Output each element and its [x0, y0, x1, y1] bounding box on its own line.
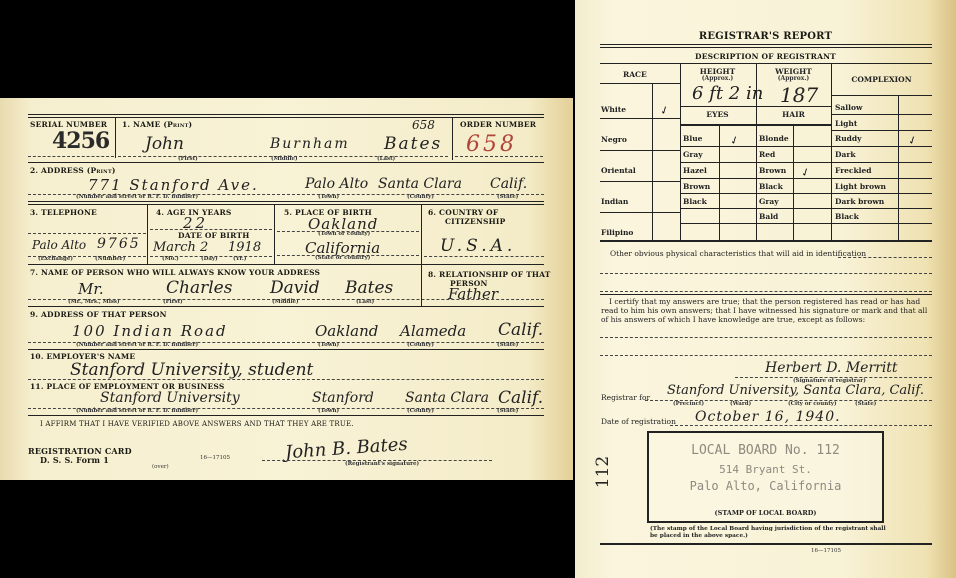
employment-town: Stanford — [312, 390, 374, 406]
sub-street: (Number and street or R. F. D. number) — [76, 194, 198, 200]
stamp-line-1: LOCAL BOARD No. 112 — [649, 443, 882, 458]
hair-blonde: Blonde — [759, 134, 789, 143]
citizenship-label-2: CITIZENSHIP — [445, 217, 505, 226]
sub-middle: (Middle) — [272, 299, 299, 305]
name-first: John — [145, 134, 184, 154]
dob-day: 2 — [200, 240, 208, 255]
address-street: 771 Stanford Ave. — [88, 176, 259, 194]
row-rule — [28, 306, 544, 307]
sub-state: (State) — [497, 194, 518, 200]
height-value: 6 ft 2 in — [692, 83, 763, 104]
divider — [600, 291, 932, 292]
sub-precinct: (Precinct) — [673, 401, 704, 407]
divider — [680, 208, 932, 209]
divider — [424, 256, 544, 257]
sub-exchange: (Exchange) — [38, 256, 73, 262]
eyes-brown: Brown — [683, 182, 710, 191]
complexion-dark-brown: Dark brown — [835, 197, 884, 206]
telephone-exchange: Palo Alto — [32, 238, 86, 252]
divider — [600, 337, 932, 338]
telephone-label: 3. TELEPHONE — [30, 208, 97, 217]
name-middle: Burnham — [270, 136, 350, 152]
divider — [600, 83, 680, 84]
row-rule — [28, 415, 544, 416]
table-bottom-rule — [600, 240, 932, 242]
divider — [452, 118, 453, 160]
weight-approx: (Approx.) — [756, 75, 831, 82]
registrant-signature: John B. Bates — [284, 434, 408, 464]
height-approx: (Approx.) — [680, 75, 755, 82]
divider — [150, 229, 272, 230]
complexion-light: Light — [835, 119, 857, 128]
complexion-light-brown: Light brown — [835, 182, 886, 191]
registrar-report-title: REGISTRAR'S REPORT — [575, 31, 956, 42]
sub-town: (Town) — [318, 342, 339, 348]
complexion-header: COMPLEXION — [831, 75, 932, 84]
registrar-for-label: Registrar for — [601, 393, 650, 402]
sub-last: (Last) — [356, 299, 374, 305]
serial-number-value: 4256 — [52, 128, 109, 154]
sub-town: (Town) — [318, 194, 339, 200]
eyes-blue: Blue — [683, 134, 702, 143]
divider — [680, 193, 932, 194]
address-town: Palo Alto — [305, 176, 368, 192]
complexion-sallow: Sallow — [835, 103, 862, 112]
date-of-registration-value: October 16, 1940. — [695, 409, 841, 425]
divider — [600, 294, 932, 295]
sub-pob-town: (Town or county) — [318, 231, 370, 237]
sub-ward: (Ward) — [730, 401, 751, 407]
divider — [600, 118, 680, 119]
row-rule — [28, 264, 544, 265]
complexion-ruddy: Ruddy — [835, 134, 862, 143]
sub-number: (Number) — [95, 256, 125, 262]
race-header: RACE — [623, 70, 647, 79]
race-filipino: Filipino — [601, 228, 633, 237]
sub-pob-state: (State or country) — [315, 255, 370, 261]
divider — [28, 156, 114, 157]
race-white-check: ✓ — [660, 99, 669, 118]
stamp-caption: (STAMP OF LOCAL BOARD) — [649, 509, 882, 517]
registration-card-back: REGISTRAR'S REPORT DESCRIPTION OF REGIST… — [575, 0, 956, 578]
dob-year: 1918 — [228, 240, 261, 255]
stamp-note: (The stamp of the Local Board having jur… — [650, 526, 890, 540]
row-rule — [28, 349, 544, 350]
dob-label: DATE OF BIRTH — [178, 231, 250, 240]
over-label: (over) — [152, 464, 169, 470]
contact-title: Mr. — [78, 280, 104, 298]
telephone-number: 9765 — [97, 236, 141, 252]
divider — [28, 233, 146, 234]
hair-brown: Brown — [759, 166, 786, 175]
race-oriental: Oriental — [601, 166, 636, 175]
race-negro: Negro — [601, 135, 627, 144]
race-white: White — [601, 105, 626, 114]
divider — [680, 178, 932, 179]
contact-middle: David — [270, 278, 320, 298]
registrar-for-value: Stanford University, Santa Clara, Calif. — [667, 383, 924, 398]
divider — [680, 146, 932, 147]
divider — [680, 124, 831, 126]
divider — [898, 95, 899, 240]
hair-black: Black — [759, 182, 783, 191]
employment-state: Calif. — [498, 388, 543, 408]
divider — [838, 257, 932, 258]
sub-city: (City or county) — [788, 401, 837, 407]
sub-day: (Day) — [201, 256, 218, 262]
contact-label: 7. NAME OF PERSON WHO WILL ALWAYS KNOW Y… — [30, 268, 320, 277]
board-side-number: 112 — [593, 456, 613, 488]
contact-town: Oakland — [315, 322, 378, 340]
row-rule — [600, 63, 932, 64]
sub-state: (State) — [855, 401, 876, 407]
employment-street: Stanford University — [100, 390, 240, 406]
address-label: 2. ADDRESS (Print) — [30, 166, 116, 175]
eyes-hazel: Hazel — [683, 166, 707, 175]
divider — [652, 83, 653, 240]
top-rule — [600, 44, 932, 48]
race-indian: Indian — [601, 197, 628, 206]
complexion-black: Black — [835, 212, 859, 221]
divider — [831, 63, 832, 240]
relationship-value: Father — [448, 285, 498, 303]
contact-address-label: 9. ADDRESS OF THAT PERSON — [30, 310, 167, 319]
sub-first: (First) — [163, 299, 183, 305]
row-rule — [28, 201, 544, 205]
hair-header: HAIR — [756, 110, 831, 119]
divider — [274, 204, 275, 264]
divider — [680, 63, 681, 240]
divider — [115, 118, 116, 158]
registrar-signature: Herbert D. Merritt — [765, 360, 898, 376]
sub-street: (Number and street or R. F. D. number) — [76, 408, 198, 414]
hair-red: Red — [759, 150, 775, 159]
registration-card-front: SERIAL NUMBER 4256 1. NAME (Print) John … — [0, 98, 573, 480]
hair-bald: Bald — [759, 212, 778, 221]
citizenship-label: 6. COUNTRY OF — [428, 208, 498, 217]
divider — [600, 181, 680, 182]
divider — [831, 114, 932, 115]
employer-value: Stanford University, student — [70, 360, 313, 380]
form-number: 16—17105 — [811, 548, 841, 554]
bottom-rule — [600, 543, 932, 545]
hair-gray: Gray — [759, 197, 779, 206]
divider — [670, 425, 932, 426]
contact-street: 100 Indian Road — [72, 322, 228, 340]
divider — [680, 223, 932, 224]
contact-county: Alameda — [400, 322, 466, 340]
name-last: Bates — [384, 134, 442, 154]
contact-state: Calif. — [498, 320, 543, 340]
divider — [600, 355, 932, 356]
sub-town: (Town) — [318, 408, 339, 414]
divider — [147, 204, 148, 264]
complexion-dark: Dark — [835, 150, 856, 159]
divider — [831, 95, 932, 96]
contact-first: Charles — [166, 278, 232, 298]
order-number-value: 658 — [466, 132, 517, 157]
employment-county: Santa Clara — [405, 390, 489, 406]
sub-county: (County) — [407, 194, 434, 200]
divider — [600, 273, 932, 274]
eyes-black: Black — [683, 197, 707, 206]
relationship-label: 8. RELATIONSHIP OF THAT — [428, 270, 551, 279]
address-county: Santa Clara — [378, 176, 462, 192]
sub-yr: (Yr.) — [233, 256, 246, 262]
divider — [421, 204, 422, 264]
complexion-freckled: Freckled — [835, 166, 872, 175]
sub-county: (County) — [407, 408, 434, 414]
divider — [600, 150, 680, 151]
dob-month: March — [153, 240, 196, 255]
address-state: Calif. — [490, 176, 527, 192]
order-number-label: ORDER NUMBER — [460, 120, 536, 129]
divider — [421, 264, 422, 306]
row-rule — [28, 162, 544, 163]
divider — [455, 156, 543, 157]
stamp-line-3: Palo Alto, California — [649, 479, 882, 493]
divider — [28, 379, 544, 380]
sub-state: (State) — [497, 342, 518, 348]
weight-value: 187 — [780, 83, 818, 107]
other-characteristics-label: Other obvious physical characteristics t… — [610, 249, 866, 258]
top-rule — [28, 114, 544, 118]
sub-mo: (Mo.) — [162, 256, 179, 262]
divider — [680, 162, 932, 163]
stamp-line-2: 514 Bryant St. — [649, 463, 882, 476]
sub-title: (Mr., Mrs., Miss) — [68, 299, 120, 305]
sub-state: (State) — [497, 408, 518, 414]
contact-last: Bates — [345, 278, 393, 298]
name-label: 1. NAME (Print) — [122, 120, 192, 129]
sub-street: (Number and street or R. F. D. number) — [76, 342, 198, 348]
form-name: D. S. S. Form 1 — [40, 455, 109, 465]
form-number: 16—17105 — [200, 455, 230, 461]
eyes-gray: Gray — [683, 150, 703, 159]
affirmation-text: I AFFIRM THAT I HAVE VERIFIED ABOVE ANSW… — [40, 420, 354, 428]
name-handwritten-number: 658 — [412, 118, 435, 132]
signature-label: (Registrant's signature) — [345, 461, 419, 467]
certify-text: I certify that my answers are true; that… — [601, 297, 933, 324]
divider — [680, 106, 831, 107]
local-board-stamp: LOCAL BOARD No. 112 514 Bryant St. Palo … — [647, 431, 884, 523]
divider — [831, 130, 932, 131]
description-subtitle: DESCRIPTION OF REGISTRANT — [575, 52, 956, 61]
citizenship-value: U.S.A. — [440, 236, 516, 256]
divider — [600, 212, 680, 213]
date-of-registration-label: Date of registration — [601, 417, 676, 426]
sub-county: (County) — [407, 342, 434, 348]
eyes-header: EYES — [680, 110, 755, 119]
